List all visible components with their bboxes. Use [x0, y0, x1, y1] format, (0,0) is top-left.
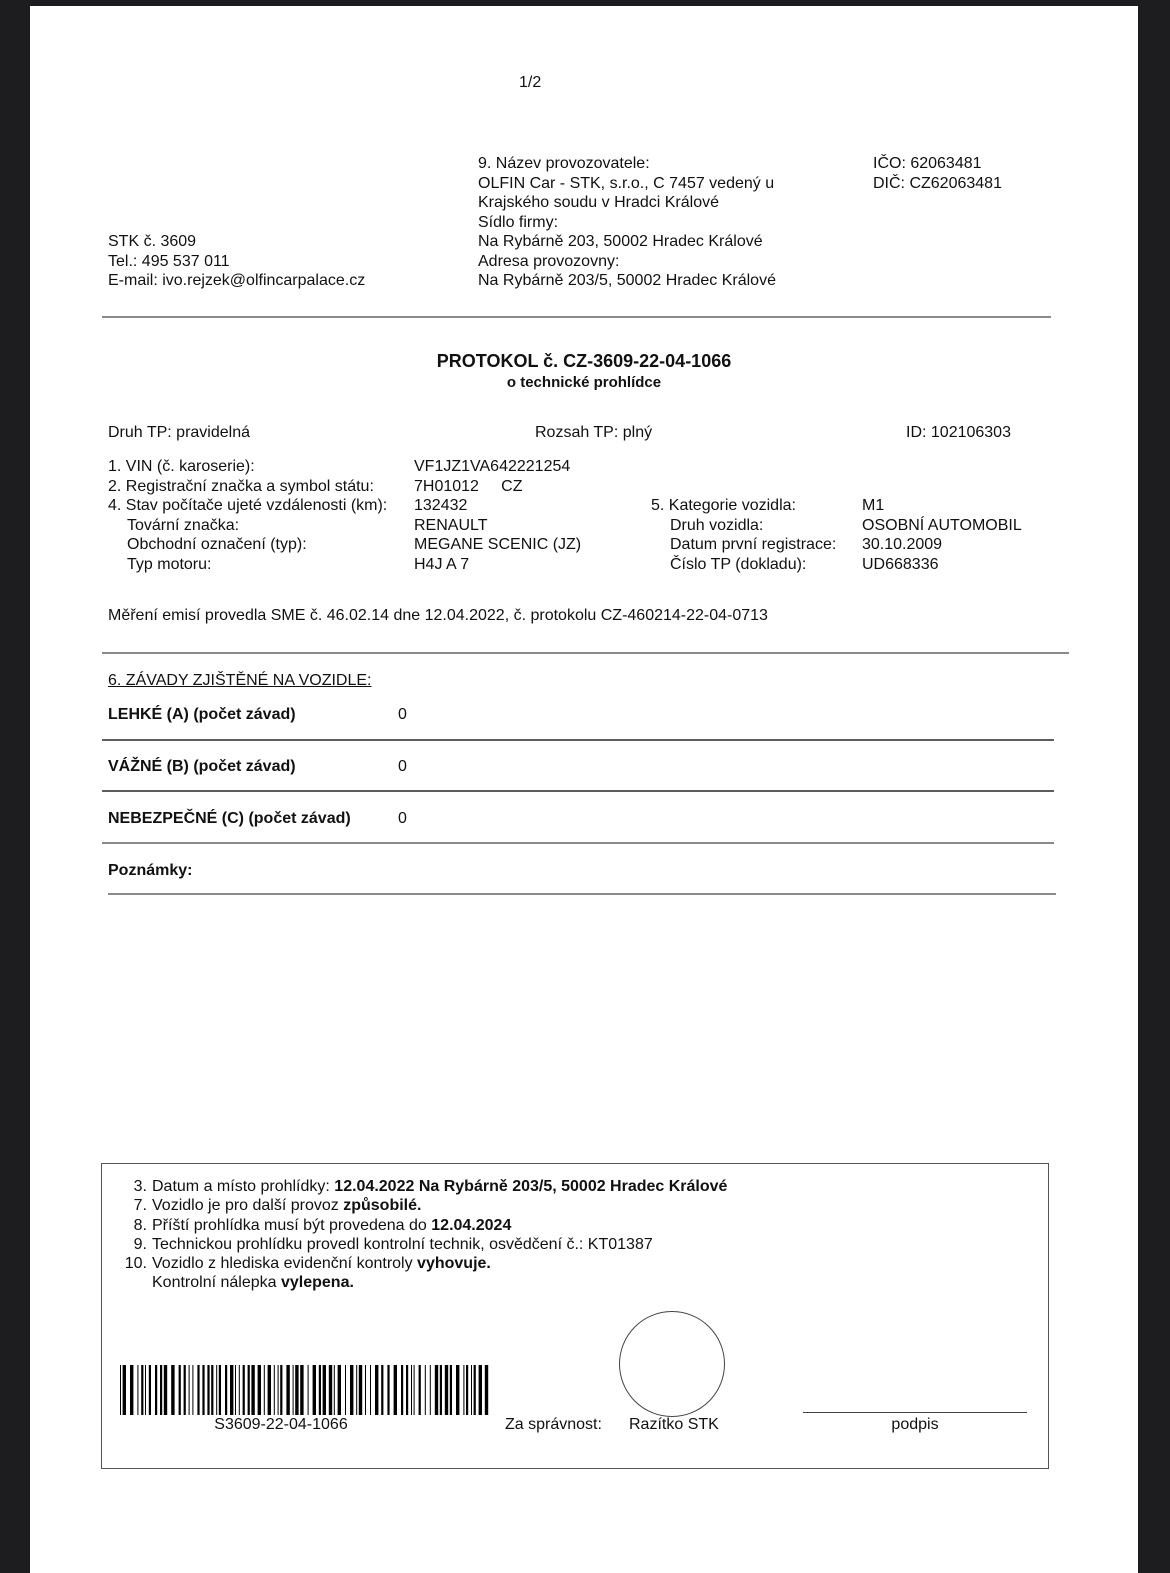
- inspection-scope: Rozsah TP: plný: [535, 423, 652, 443]
- operator-line: 9. Název provozovatele:: [478, 154, 776, 174]
- summary-line: 7.Vozidlo je pro další provoz způsobilé.: [117, 1196, 727, 1215]
- summary-line-text: Příští prohlídka musí být provedena do 1…: [152, 1216, 511, 1235]
- stamp-label: Razítko STK: [629, 1416, 719, 1434]
- summary-line-number: 7.: [117, 1196, 152, 1215]
- vehicle-details-left: 1. VIN (č. karoserie):VF1JZ1VA642221254 …: [108, 457, 581, 574]
- vehicle-row-first-registration: Datum první registrace:30.10.2009: [651, 535, 1022, 555]
- document-page: 1/2 STK č. 3609 Tel.: 495 537 011 E-mail…: [30, 6, 1138, 1573]
- summary-line-number: 8.: [117, 1216, 152, 1235]
- vehicle-row-document-number: Číslo TP (dokladu):UD668336: [651, 555, 1022, 575]
- summary-line: Kontrolní nálepka vylepena.: [117, 1273, 727, 1292]
- signature-label: podpis: [803, 1416, 1027, 1434]
- summary-line: 10.Vozidlo z hlediska evidenční kontroly…: [117, 1254, 727, 1273]
- summary-line-text: Technickou prohlídku provedl kontrolní t…: [152, 1235, 653, 1254]
- operator-line: Na Rybárně 203, 50002 Hradec Králové: [478, 232, 776, 252]
- fault-dangerous-count: 0: [398, 810, 407, 828]
- operator-line: OLFIN Car - STK, s.r.o., C 7457 vedený u: [478, 174, 776, 194]
- vehicle-row-category: 5. Kategorie vozidla:M1: [651, 496, 1022, 516]
- protocol-title: PROTOKOL č. CZ-3609-22-04-1066: [30, 351, 1138, 372]
- protocol-subtitle: o technické prohlídce: [30, 374, 1138, 391]
- vehicle-row-engine: Typ motoru:H4J A 7: [108, 555, 581, 575]
- emission-measurement: Měření emisí provedla SME č. 46.02.14 dn…: [108, 606, 768, 626]
- fault-serious-label: VÁŽNÉ (B) (počet závad): [108, 758, 296, 776]
- company-ids: IČO: 62063481 DIČ: CZ62063481: [873, 154, 1002, 193]
- signature-line: [803, 1412, 1027, 1413]
- stamp-circle: [619, 1311, 725, 1417]
- summary-line-text: Vozidlo je pro další provoz způsobilé.: [152, 1196, 421, 1215]
- vehicle-details-right: 5. Kategorie vozidla:M1 Druh vozidla:OSO…: [651, 496, 1022, 574]
- summary-line-emphasis: vylepena.: [281, 1274, 354, 1291]
- stk-station: STK č. 3609: [108, 232, 365, 252]
- barcode-text: S3609-22-04-1066: [120, 1416, 442, 1434]
- faults-heading: 6. ZÁVADY ZJIŠTĚNÉ NA VOZIDLE:: [108, 671, 371, 691]
- summary-line-emphasis: 12.04.2024: [431, 1217, 511, 1234]
- operator-line: Adresa provozovny:: [478, 252, 776, 272]
- vehicle-row-vin: 1. VIN (č. karoserie):VF1JZ1VA642221254: [108, 457, 581, 477]
- summary-line: 3.Datum a místo prohlídky: 12.04.2022 Na…: [117, 1177, 727, 1196]
- summary-line-number: 3.: [117, 1177, 152, 1196]
- barcode: [120, 1365, 490, 1415]
- divider: [102, 316, 1051, 318]
- protocol-id: ID: 102106303: [906, 423, 1011, 443]
- dic: DIČ: CZ62063481: [873, 174, 1002, 194]
- notes-label: Poznámky:: [108, 862, 192, 880]
- za-spravnost-label: Za správnost:: [505, 1416, 602, 1434]
- fault-light-count: 0: [398, 706, 407, 724]
- summary-line-emphasis: 12.04.2022 Na Rybárně 203/5, 50002 Hrade…: [334, 1178, 727, 1195]
- inspection-type: Druh TP: pravidelná: [108, 423, 250, 443]
- vehicle-row-type: Druh vozidla:OSOBNÍ AUTOMOBIL: [651, 516, 1022, 536]
- summary-line-emphasis: způsobilé.: [343, 1197, 421, 1214]
- stk-email: E-mail: ivo.rejzek@olfincarpalace.cz: [108, 271, 365, 291]
- stk-info: STK č. 3609 Tel.: 495 537 011 E-mail: iv…: [108, 232, 365, 291]
- summary-line-text: Datum a místo prohlídky: 12.04.2022 Na R…: [152, 1177, 727, 1196]
- divider: [102, 790, 1054, 792]
- vehicle-row-registration: 2. Registrační značka a symbol státu:7H0…: [108, 477, 581, 497]
- fault-dangerous-label: NEBEZPEČNÉ (C) (počet závad): [108, 810, 351, 828]
- page-number: 1/2: [519, 74, 541, 92]
- divider: [102, 842, 1054, 844]
- summary-line-text: Kontrolní nálepka vylepena.: [152, 1273, 354, 1292]
- fault-serious-count: 0: [398, 758, 407, 776]
- summary-box: 3.Datum a místo prohlídky: 12.04.2022 Na…: [101, 1163, 1049, 1469]
- vehicle-row-make: Tovární značka:RENAULT: [108, 516, 581, 536]
- summary-line-number: 10.: [117, 1254, 152, 1273]
- ico: IČO: 62063481: [873, 154, 1002, 174]
- divider: [108, 893, 1056, 895]
- summary-line: 9.Technickou prohlídku provedl kontrolní…: [117, 1235, 727, 1254]
- fault-light-label: LEHKÉ (A) (počet závad): [108, 706, 296, 724]
- summary-line: 8.Příští prohlídka musí být provedena do…: [117, 1216, 727, 1235]
- divider: [102, 652, 1069, 654]
- operator-line: Krajského soudu v Hradci Králové: [478, 193, 776, 213]
- vehicle-row-model: Obchodní označení (typ):MEGANE SCENIC (J…: [108, 535, 581, 555]
- summary-line-emphasis: vyhovuje.: [417, 1255, 491, 1272]
- vehicle-row-odometer: 4. Stav počítače ujeté vzdálenosti (km):…: [108, 496, 581, 516]
- operator-line: Na Rybárně 203/5, 50002 Hradec Králové: [478, 271, 776, 291]
- stk-phone: Tel.: 495 537 011: [108, 252, 365, 272]
- summary-line-number: [117, 1273, 152, 1292]
- summary-line-text: Vozidlo z hlediska evidenční kontroly vy…: [152, 1254, 491, 1273]
- operator-line: Sídlo firmy:: [478, 213, 776, 233]
- divider: [102, 739, 1054, 741]
- summary-line-number: 9.: [117, 1235, 152, 1254]
- operator-info: 9. Název provozovatele: OLFIN Car - STK,…: [478, 154, 776, 291]
- summary-lines: 3.Datum a místo prohlídky: 12.04.2022 Na…: [117, 1177, 727, 1293]
